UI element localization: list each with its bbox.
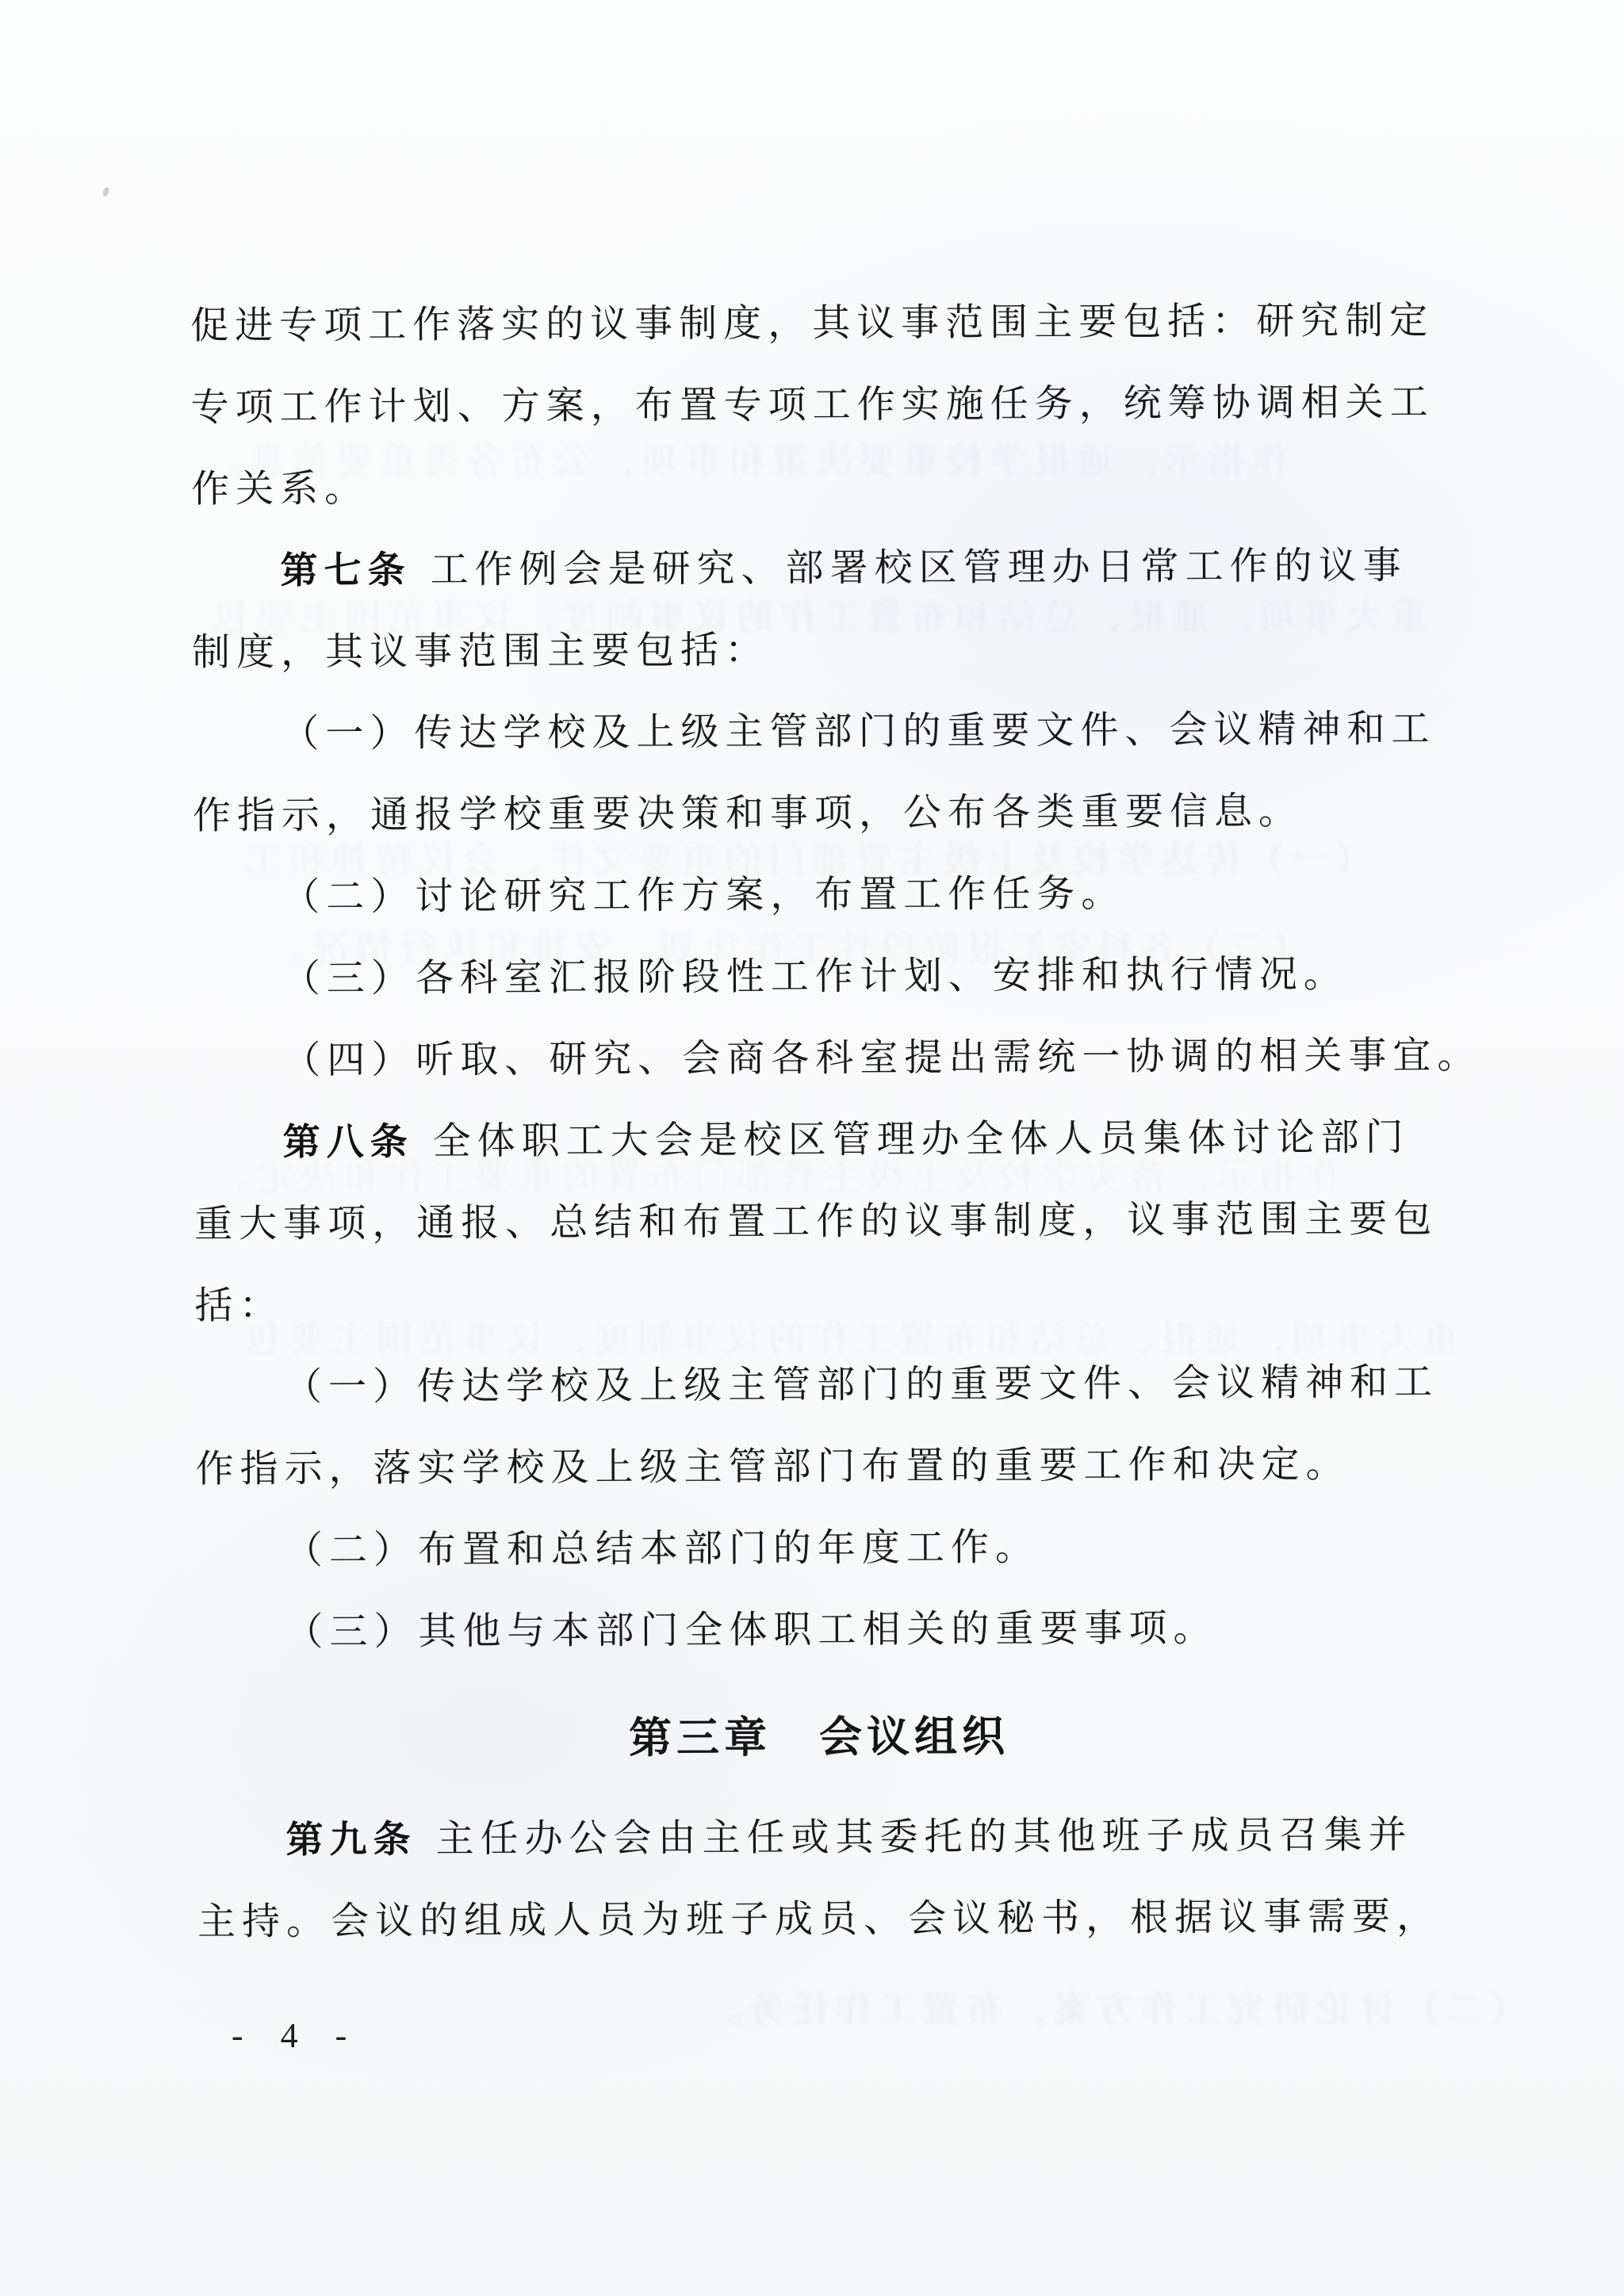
line-text: （二）布置和总结本部门的年度工作。 [285,1526,1040,1571]
text-line: 作关系。 [191,443,1436,530]
text-line: （三）其他与本部门全体职工相关的重要事项。 [196,1586,1441,1674]
article-label: 第七条 [280,549,411,593]
text-line: 第八条全体职工大会是校区管理办全体人员集体讨论部门 [193,1096,1438,1184]
line-text: 主任办公会由主任或其委托的其他班子成员召集并 [435,1814,1412,1860]
line-text: （三）其他与本部门全体职工相关的重要事项。 [285,1607,1217,1653]
article-label: 第八条 [283,1120,414,1165]
line-text: 重大事项，通报、总结和布置工作的议事制度，议事范围主要包 [194,1198,1438,1246]
text-line: 促进专项工作落实的议事制度，其议事范围主要包括：研究制定 [190,280,1435,367]
line-text: 作指示，通报学校重要决策和事项，公布各类重要信息。 [193,790,1303,837]
line-text: （一）传达学校及上级主管部门的重要文件、会议精神和工 [284,1361,1438,1408]
text-line: 第九条主任办公会由主任或其委托的其他班子成员召集并 [197,1794,1442,1881]
article-label: 第九条 [285,1818,416,1862]
line-text: 括： [195,1284,284,1326]
line-text: 制度，其议事范围主要包括： [192,629,769,674]
line-text: 专项工作计划、方案，布置专项工作实施任务，统筹协调相关工 [191,381,1434,429]
text-line: 制度，其议事范围主要包括： [192,607,1437,694]
line-text: 全体职工大会是校区管理办全体人员集体讨论部门 [433,1116,1410,1162]
line-text: （四）听取、研究、会商各科室提出需统一协调的相关事宜。 [282,1035,1481,1082]
text-line: 作指示，落实学校及上级主管部门布置的重要工作和决定。 [195,1423,1440,1510]
text-line: 专项工作计划、方案，布置专项工作实施任务，统筹协调相关工 [190,362,1435,449]
bleed-through-ghost: （二）讨论研究工作方案，布置工作任务。 [698,1980,1526,2033]
text-line: 作指示，通报学校重要决策和事项，公布各类重要信息。 [193,770,1438,857]
text-line: （二）布置和总结本部门的年度工作。 [196,1505,1441,1592]
text-line: （三）各科室汇报阶段性工作计划、安排和执行情况。 [193,933,1438,1020]
text-line: 第七条工作例会是研究、部署校区管理办日常工作的议事 [191,525,1436,612]
line-text: 工作例会是研究、部署校区管理办日常工作的议事 [430,545,1407,591]
text-block: 促进专项工作落实的议事制度，其议事范围主要包括：研究制定 专项工作计划、方案，布… [190,280,1442,1963]
line-text: （一）传达学校及上级主管部门的重要文件、会议精神和工 [281,708,1435,755]
line-text: 作指示，落实学校及上级主管部门布置的重要工作和决定。 [195,1444,1350,1490]
text-line: 重大事项，通报、总结和布置工作的议事制度，议事范围主要包 [194,1178,1439,1265]
text-line: 括： [194,1260,1439,1347]
scan-speck [101,186,110,197]
text-line: （一）传达学校及上级主管部门的重要文件、会议精神和工 [195,1341,1440,1429]
text-line: （二）讨论研究工作方案，布置工作任务。 [193,851,1438,939]
chapter-heading: 第三章 会议组织 [197,1693,1442,1781]
document-page: 作指示，通报学校重要决策和事项，公布各类重要信息。 重大事项，通报、总结和布置工… [0,0,1624,2296]
line-text: （三）各科室汇报阶段性工作计划、安排和执行情况。 [282,954,1348,1001]
text-line: 主持。会议的组成人员为班子成员、会议秘书，根据议事需要， [197,1876,1442,1963]
line-text: 主持。会议的组成人员为班子成员、会议秘书，根据议事需要， [197,1896,1441,1943]
page-number: - 4 - [232,2012,361,2060]
line-text: 作关系。 [191,468,369,511]
text-line: （四）听取、研究、会商各科室提出需统一协调的相关事宜。 [193,1015,1438,1102]
line-text: 促进专项工作落实的议事制度，其议事范围主要包括：研究制定 [190,300,1434,347]
text-line: （一）传达学校及上级主管部门的重要文件、会议精神和工 [192,688,1437,775]
line-text: （二）讨论研究工作方案，布置工作任务。 [282,873,1125,919]
